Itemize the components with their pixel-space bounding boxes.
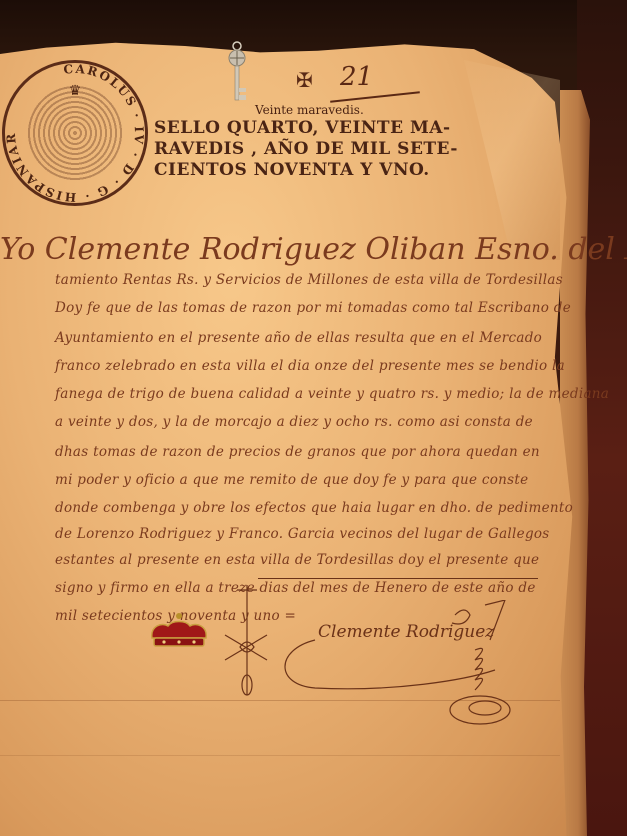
folio-number: 21 [340,62,373,92]
stamp-value: Veinte maravedis. [255,103,364,117]
svg-text:CAROLUS · IV · D · G · HISPANI: CAROLUS · IV · D · G · HISPANIAR · REX · [2,60,146,204]
body-line: estantes al presente en esta villa de To… [55,552,539,568]
seal-legend: CAROLUS · IV · D · G · HISPANIAR · REX ·… [2,60,148,206]
stamp-header-line2: RAVEDIS , AÑO DE MIL SETE- [154,139,494,160]
body-line: Ayuntamiento en el presente año de ellas… [55,330,542,346]
crown-icon [148,612,210,654]
cross-mark: ✠ [296,68,313,92]
body-line: fanega de trigo de buena calidad a veint… [55,386,609,402]
paper-crease [0,755,560,756]
opening-line: Yo Clemente Rodriguez Oliban Esno. del N… [0,232,627,267]
closing-rule [258,578,538,579]
seal-crown-icon: ♛ [69,83,82,99]
stamp-header-line1: SELLO QUARTO, VEINTE MA- [154,118,494,139]
body-line: de Lorenzo Rodriguez y Franco. Garcia ve… [55,526,550,542]
body-line: signo y firmo en ella a treze dias del m… [55,580,536,596]
body-line: franco zelebrado en esta villa el dia on… [55,358,565,374]
body-line: dhas tomas de razon de precios de granos… [55,444,540,460]
body-line: Doy fe que de las tomas de razon por mi … [55,300,571,316]
key-icon [224,40,250,112]
signature-rubric-icon [275,600,545,730]
royal-seal: CAROLUS · IV · D · G · HISPANIAR · REX ·… [2,60,148,206]
stamp-header-line3: CIENTOS NOVENTA Y VNO. [154,160,494,181]
seal-legend-text: CAROLUS · IV · D · G · HISPANIAR · REX · [2,60,146,204]
body-line: donde combenga y obre los efectos que ha… [55,500,573,516]
body-line: tamiento Rentas Rs. y Servicios de Millo… [55,272,563,288]
body-line: a veinte y dos, y la de morcajo a diez y… [55,414,533,430]
body-line: mi poder y oficio a que me remito de que… [55,472,528,488]
notary-signum-icon [222,585,272,700]
stamp-header: SELLO QUARTO, VEINTE MA- RAVEDIS , AÑO D… [154,118,494,181]
